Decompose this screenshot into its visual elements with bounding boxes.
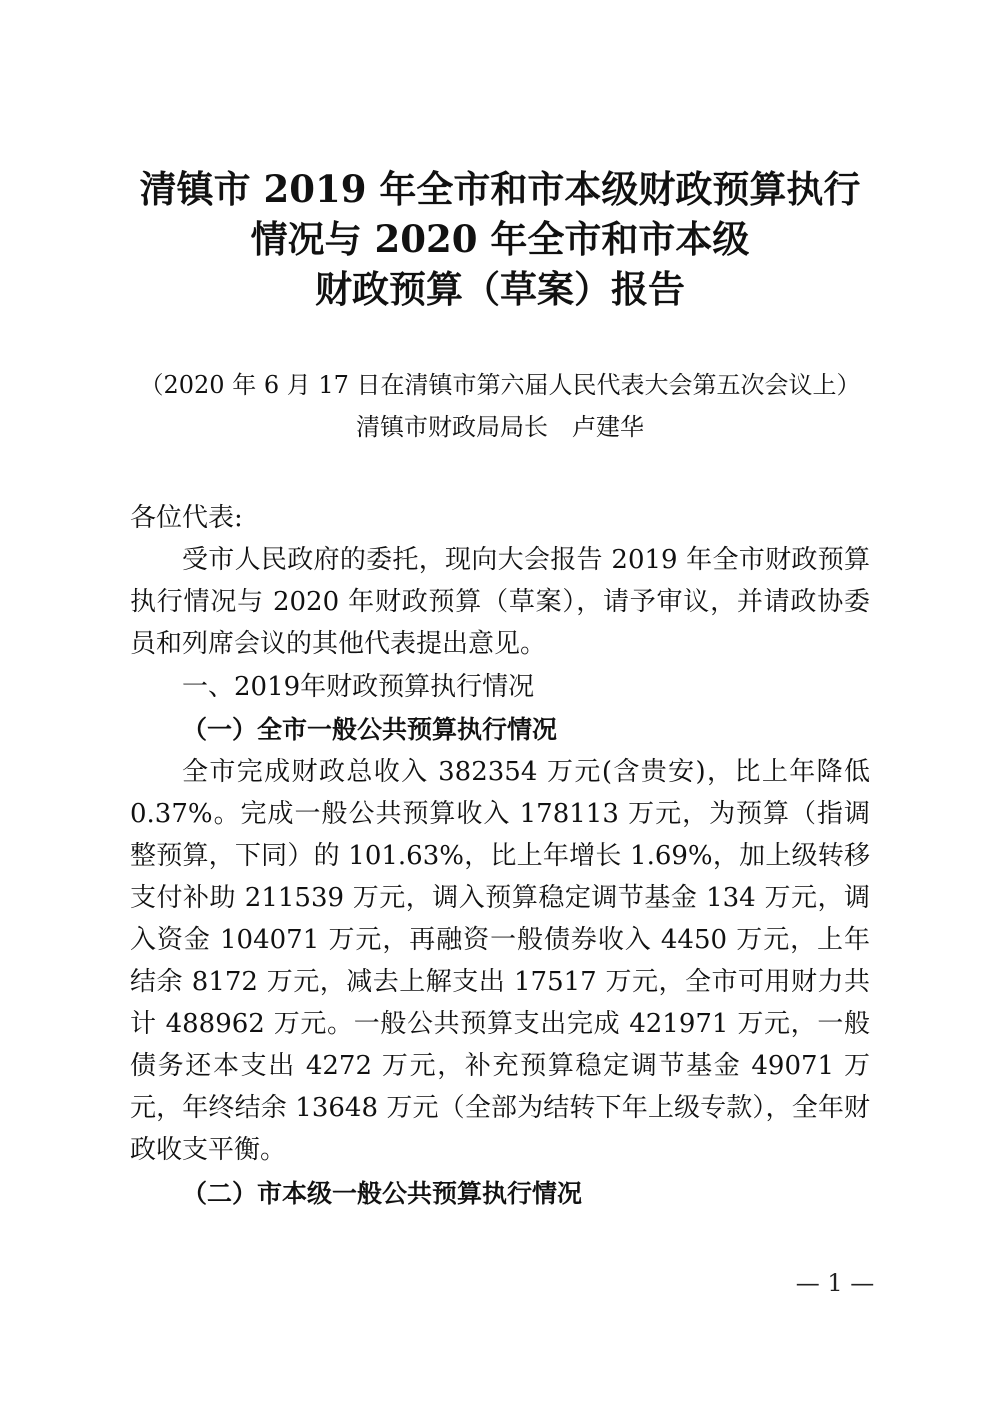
subsection-heading-2: （二）市本级一般公共预算执行情况 xyxy=(182,1173,870,1215)
speaker-line: 清镇市财政局局长 卢建华 xyxy=(100,406,900,448)
occasion-line: （2020 年 6 月 17 日在清镇市第六届人民代表大会第五次会议上） xyxy=(100,364,900,406)
salutation: 各位代表: xyxy=(130,497,870,539)
page-number: — 1 — xyxy=(780,1266,890,1300)
document-title: 清镇市 2019 年全市和市本级财政预算执行 情况与 2020 年全市和市本级 … xyxy=(100,164,900,314)
subsection-heading-1: （一）全市一般公共预算执行情况 xyxy=(182,709,870,751)
subsection-1-paragraph: 全市完成财政总收入 382354 万元(含贵安)，比上年降低 0.37%。完成一… xyxy=(130,751,870,1171)
title-line-1: 清镇市 2019 年全市和市本级财政预算执行 xyxy=(100,164,900,214)
intro-paragraph: 受市人民政府的委托，现向大会报告 2019 年全市财政预算执行情况与 2020 … xyxy=(130,539,870,665)
document-body: 各位代表: 受市人民政府的委托，现向大会报告 2019 年全市财政预算执行情况与… xyxy=(130,497,870,1215)
section-heading-1: 一、2019年财政预算执行情况 xyxy=(182,667,870,707)
title-line-3: 财政预算（草案）报告 xyxy=(100,264,900,314)
title-line-2: 情况与 2020 年全市和市本级 xyxy=(100,214,900,264)
document-page: 清镇市 2019 年全市和市本级财政预算执行 情况与 2020 年全市和市本级 … xyxy=(0,0,1000,1414)
document-meta: （2020 年 6 月 17 日在清镇市第六届人民代表大会第五次会议上） 清镇市… xyxy=(100,364,900,448)
